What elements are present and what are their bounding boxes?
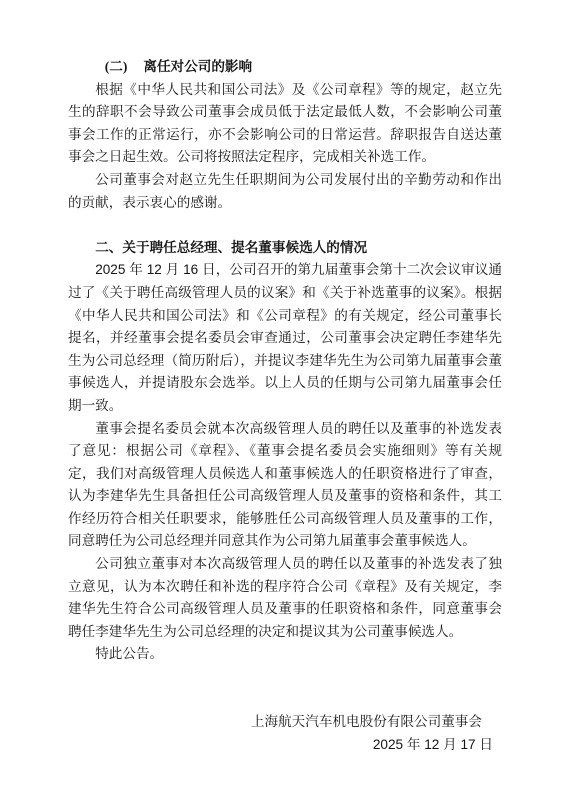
paragraph-appointment-text: ，公司召开的第九届董事会第十二次会议审议通过了《关于聘任高级管理人员的议案》和《…	[68, 262, 502, 413]
signature-company: 上海航天汽车机电股份有限公司董事会	[68, 711, 502, 734]
subsection-heading-resignation-impact: (二)离任对公司的影响	[68, 56, 502, 79]
subsection-title: 离任对公司的影响	[143, 59, 252, 74]
meeting-date: 2025 年 12 月 16 日	[95, 262, 216, 277]
signature-block: 上海航天汽车机电股份有限公司董事会 2025 年 12 月 17 日	[68, 711, 502, 756]
paragraph-nomination-committee-opinion: 董事会提名委员会就本次高级管理人员的聘任以及董事的补选发表了意见：根据公司《章程…	[68, 418, 502, 554]
subsection-number: (二)	[105, 59, 128, 74]
paragraph-appointment: 2025 年 12 月 16 日，公司召开的第九届董事会第十二次会议审议通过了《…	[68, 259, 502, 417]
document-page: (二)离任对公司的影响 根据《中华人民共和国公司法》及《公司章程》等的规定，赵立…	[0, 0, 570, 803]
paragraph-resignation-effect: 根据《中华人民共和国公司法》及《公司章程》等的规定，赵立先生的辞职不会导致公司董…	[68, 79, 502, 169]
signature-date: 2025 年 12 月 17 日	[68, 734, 502, 757]
paragraph-closing: 特此公告。	[68, 643, 502, 666]
paragraph-gratitude: 公司董事会对赵立先生任职期间为公司发展付出的辛勤劳动和作出的贡献，表示衷心的感谢…	[68, 169, 502, 214]
section-heading-appointment: 二、关于聘任总经理、提名董事候选人的情况	[68, 237, 502, 260]
paragraph-independent-directors-opinion: 公司独立董事对本次高级管理人员的聘任以及董事的补选发表了独立意见，认为本次聘任和…	[68, 553, 502, 643]
